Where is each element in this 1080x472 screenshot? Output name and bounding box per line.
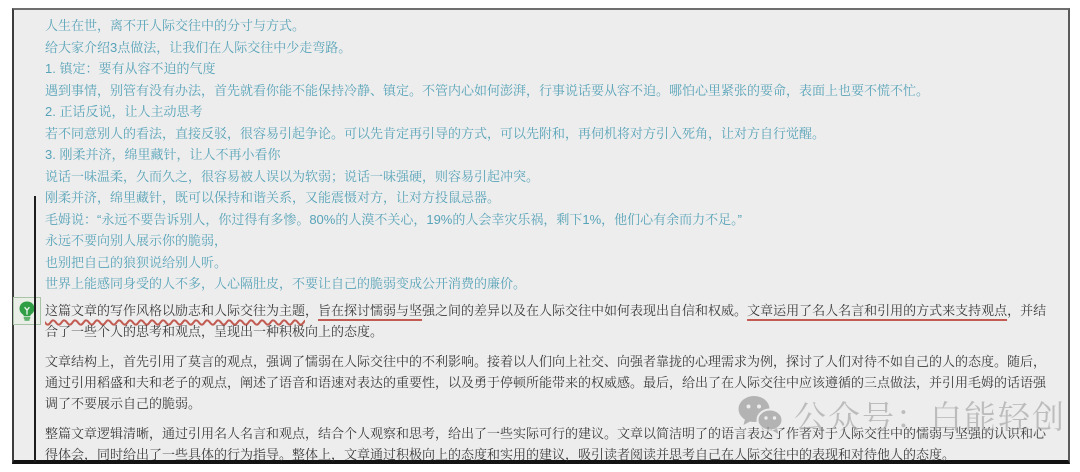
- quote-line: 人生在世，离不开人际交往中的分寸与方式。: [45, 15, 929, 37]
- quote-line: 1. 镇定：要有从容不迫的气度: [45, 58, 929, 80]
- quote-block: 人生在世，离不开人际交往中的分寸与方式。给大家介绍3点做法，让我们在人际交往中少…: [45, 15, 929, 295]
- text-segment: 合了一些个人的思考和观点，呈现出一种积极向上的态度。: [45, 324, 383, 339]
- quote-line: 永远不要向别人展示你的脆弱，: [45, 230, 929, 252]
- quote-line: 遇到事情，别管有没有办法，首先就看你能不能保持冷静、镇定。不管内心如何澎湃，行事…: [45, 80, 929, 102]
- text-segment: 整篇文章逻辑清晰，通过引用名人名言和观点，结合个人观察和思考，给出了一些实际可行…: [45, 426, 1046, 441]
- text-segment: 强之间的差异以及在人际交往中如何表现出自信和权威。: [422, 303, 747, 318]
- analysis-line: 得体会，同时给出了一些具体的行为指导。整体上，文章通过积极向上的态度和实用的建议…: [45, 444, 1046, 465]
- quote-line: 刚柔并济，绵里藏针，既可以保持和谐关系，又能震慑对方，让对方投鼠忌器。: [45, 187, 929, 209]
- quote-line: 2. 正话反说，让人主动思考: [45, 101, 929, 123]
- quote-line: 若不同意别人的看法，直接反驳，很容易引起争论。可以先肯定再引导的方式，可以先附和…: [45, 123, 929, 145]
- red-underlined-text: 旨在探讨懦弱与坚: [318, 303, 422, 318]
- analysis-line: 整篇文章逻辑清晰，通过引用名人名言和观点，结合个人观察和思考，给出了一些实际可行…: [45, 423, 1046, 444]
- text-segment: ，并结: [1007, 303, 1046, 318]
- quote-line: 也别把自己的狼狈说给别人听。: [45, 252, 929, 274]
- text-segment: 得体会，同时给出了一些具体的行为指导。整体上，文章通过积极向上的态度和实用的建议…: [45, 447, 955, 462]
- screenshot-root: 人生在世，离不开人际交往中的分寸与方式。给大家介绍3点做法，让我们在人际交往中少…: [0, 0, 1080, 472]
- analysis-line: 这篇文章的写作风格以励志和人际交往为主题，旨在探讨懦弱与坚强之间的差异以及在人际…: [45, 300, 1046, 321]
- ai-comment-button[interactable]: [13, 297, 41, 325]
- analysis-line: 通过引用稻盛和夫和老子的观点，阐述了语音和语速对表达的重要性，以及勇于停顿所能带…: [45, 372, 1046, 393]
- quote-line: 世界上能感同身受的人不多，人心隔肚皮，不要让自己的脆弱变成公开消费的廉价。: [45, 273, 929, 295]
- text-segment: ，: [305, 303, 318, 318]
- text-segment: 通过引用稻盛和夫和老子的观点，阐述了语音和语速对表达的重要性，以及勇于停顿所能带…: [45, 375, 1046, 390]
- left-vertical-rule: [34, 196, 36, 462]
- analysis-line: 文章结构上，首先引用了莫言的观点，强调了懦弱在人际交往中的不利影响。接着以人们向…: [45, 351, 1046, 372]
- red-underlined-text: 文章运用了名人名言和引用的方式来支持观点: [747, 303, 1007, 318]
- text-segment: 调了不要展示自己的脆弱。: [45, 396, 201, 411]
- text-segment: 文章结构上，首先引用了莫言的观点，强调了懦弱在人际交往中的不利影响。接着以人们向…: [45, 354, 1046, 369]
- red-underlined-text: 这篇文章的写作风格以励志和人际交往为主题: [45, 303, 305, 318]
- analysis-line: 合了一些个人的思考和观点，呈现出一种积极向上的态度。: [45, 321, 1046, 342]
- analysis-paragraph: 整篇文章逻辑清晰，通过引用名人名言和观点，结合个人观察和思考，给出了一些实际可行…: [45, 423, 1046, 465]
- analysis-block: 这篇文章的写作风格以励志和人际交往为主题，旨在探讨懦弱与坚强之间的差异以及在人际…: [45, 300, 1046, 472]
- analysis-paragraph: 文章结构上，首先引用了莫言的观点，强调了懦弱在人际交往中的不利影响。接着以人们向…: [45, 351, 1046, 414]
- quote-line: 说话一味温柔，久而久之，很容易被人误以为软弱；说话一味强硬，则容易引起冲突。: [45, 166, 929, 188]
- quote-line: 给大家介绍3点做法，让我们在人际交往中少走弯路。: [45, 37, 929, 59]
- analysis-paragraph: 这篇文章的写作风格以励志和人际交往为主题，旨在探讨懦弱与坚强之间的差异以及在人际…: [45, 300, 1046, 342]
- quote-line: 3. 刚柔并济，绵里藏针，让人不再小看你: [45, 144, 929, 166]
- quote-line: 毛姆说：“永远不要告诉别人，你过得有多惨。80%的人漠不关心，19%的人会幸灾乐…: [45, 209, 929, 231]
- analysis-line: 调了不要展示自己的脆弱。: [45, 393, 1046, 414]
